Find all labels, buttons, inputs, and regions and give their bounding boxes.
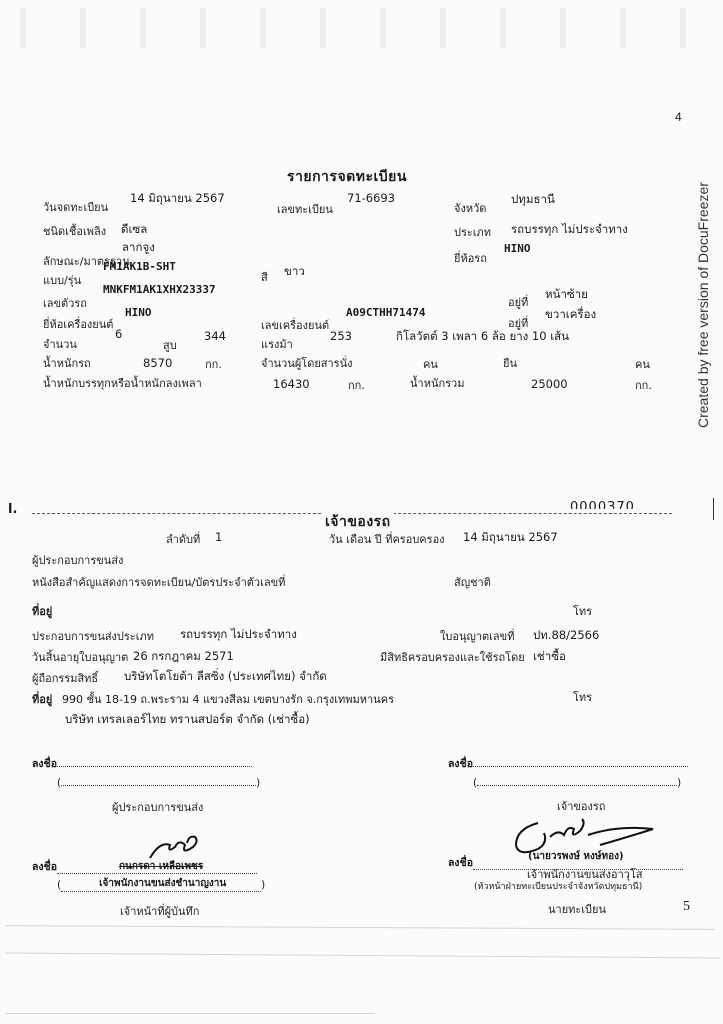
engine-brand-value: HINO [125,306,152,319]
type-value: รถบรรทุก ไม่ประจำทาง [511,221,628,239]
registration-title: รายการจดทะเบียน [287,166,407,188]
load-value: 16430 [273,377,310,391]
load-label: น้ำหนักบรรทุกหรือน้ำหนักลงเพลา [43,374,202,392]
cylinders-value: 6 [115,327,122,341]
phone-label: โทร [573,602,592,620]
recorder-sign-field: ลงชื่อกนกรดา เหลือเพชร [32,858,257,875]
registrar-office: หัวหน้าฝ่ายทะเบียนประจำจังหวัดปทุมธานี [478,882,639,892]
hp-label: แรงม้า [261,335,293,353]
chassis-value: MNKFM1AK1XHX23337 [103,283,216,296]
title-holder-label: ผู้ถือกรรมสิทธิ์ [32,669,98,687]
page-number-top: 4 [675,110,682,124]
sign-label: ลงชื่อ [32,861,57,873]
reg-date-value: 14 มิถุนายน 2567 [130,190,225,208]
order-label: ลำดับที่ [166,530,200,548]
scan-line [5,1013,375,1014]
recorder-position-field: (เจ้าพนักงานขนส่งชำนาญงาน ) [57,879,265,892]
standing-label: ยืน [503,354,517,372]
operator-name-field[interactable]: () [57,777,260,789]
license-no-value: ปท.88/2566 [533,627,599,645]
license-no-label: ใบอนุญาตเลขที่ [440,627,514,645]
order-value: 1 [215,530,222,544]
operator-label: ผู้ประกอบการขนส่ง [32,551,123,569]
page-number-bottom: 5 [683,899,690,915]
operator-sign-field[interactable]: ลงชื่อ [32,755,252,772]
bleed-through-artifacts [20,8,710,48]
license-exp-value: 26 กรกฎาคม 2571 [133,648,234,666]
standard-value: ลากจูง [122,239,155,257]
nationality-label: สัญชาติ [454,573,491,591]
weight-label: น้ำหนักรถ [43,354,91,372]
watermark-text: Created by free version of DocuFreezer [695,182,711,428]
owner-sign-field[interactable]: ลงชื่อ [448,755,688,772]
seats-label: จำนวนผู้โดยสารนั่ง [261,354,352,372]
chassis-location-label: อยู่ที่ [508,293,528,311]
plate-value: 71-6693 [347,191,395,205]
lessee-value: บริษัท เทรลเลอร์ไทย ทรานสปอร์ต จำกัด (เช… [65,711,310,729]
chassis-location-value: หน้าซ้าย [545,286,588,304]
holder-address-label: ที่อยู่ [32,690,52,708]
gross-label: น้ำหนักรวม [410,374,464,392]
owner-name-field[interactable]: () [473,777,681,789]
gross-unit: กก. [635,376,652,394]
registrar-office-field: (หัวหน้าฝ่ายทะเบียนประจำจังหวัดปทุมธานี) [474,879,642,893]
type-label: ประเภท [454,223,491,241]
plate-label: เลขทะเบียน [277,200,333,218]
weight-value: 8570 [143,356,172,370]
load-unit: กก. [348,376,365,394]
province-value: ปทุมธานี [511,191,555,209]
fuel-value: ดีเซล [121,221,147,239]
cylinders-label: จำนวน [43,335,77,353]
edge-marker [713,498,714,520]
brand-value: HINO [504,242,531,255]
possession-date-value: 14 มิถุนายน 2567 [463,529,558,547]
model-label: แบบ/รุ่น [43,271,81,289]
engine-no-value: A09CTHH71474 [346,306,425,319]
engine-location-value: ขวาเครื่อง [545,306,596,324]
owner-caption: เจ้าของรถ [557,797,605,815]
weight-unit: กก. [205,355,222,373]
color-label: สี [261,268,268,286]
brand-label: ยี่ห้อรถ [454,249,487,267]
sign-label: ลงชื่อ [32,758,57,770]
province-label: จังหวัด [454,199,486,217]
sign-label: ลงชื่อ [448,857,473,869]
engine-brand-label: ยี่ห้อเครื่องยนต์ [43,315,113,333]
seats-unit: คน [423,355,438,373]
standing-unit: คน [635,355,650,373]
holder-address-value: 990 ชั้น 18-19 ถ.พระราม 4 แขวงสีลม เขตบา… [62,690,394,708]
axle-info: กิโลวัตต์ 3 เพลา 6 ล้อ ยาง 10 เส้น [396,328,569,346]
operator-type-value: รถบรรทุก ไม่ประจำทาง [180,626,297,644]
engine-no-label: เลขเครื่องยนต์ [261,316,329,334]
possession-date-label: วัน เดือน ปี ที่ครอบครอง [329,530,445,548]
cc-value: 344 [204,329,226,343]
operator-type-label: ประกอบการขนส่งประเภท [32,627,154,645]
possession-by-label: มีสิทธิครอบครองและใช้รถโดย [380,648,525,666]
registrar-caption: นายทะเบียน [548,900,606,918]
license-exp-label: วันสิ้นอายุใบอนุญาต [32,648,128,666]
section-number: l. [8,502,17,517]
color-value: ขาว [284,263,305,281]
id-doc-label: หนังสือสำคัญแสดงการจดทะเบียน/บัตรประจำตั… [32,573,285,591]
holder-phone-label: โทร [573,688,592,706]
chassis-label: เลขตัวรถ [43,294,87,312]
reg-date-label: วันจดทะเบียน [43,198,108,216]
hp-value: 253 [330,329,352,343]
address-label: ที่อยู่ [32,602,52,620]
cylinders-unit: สูบ [163,336,177,354]
sign-label: ลงชื่อ [448,758,473,770]
recorder-caption: เจ้าหน้าที่ผู้บันทึก [120,902,199,920]
registrar-name: (นายวรพงษ์ หงษ์ทอง) [528,849,624,864]
recorder-position: เจ้าพนักงานขนส่งชำนาญงาน [99,876,226,891]
possession-by-value: เช่าซื้อ [533,648,566,666]
model-value: FM1AK1B-SHT [103,260,176,273]
operator-caption: ผู้ประกอบการขนส่ง [112,798,203,816]
scan-line [5,925,715,930]
title-holder-value: บริษัทโตโยต้า ลีสซิ่ง (ประเทศไทย) จำกัด [124,668,327,686]
recorder-name: กนกรดา เหลือเพชร [119,859,203,874]
gross-value: 25000 [531,377,568,391]
scan-line [5,953,720,959]
fuel-label: ชนิดเชื้อเพลิง [43,222,106,240]
